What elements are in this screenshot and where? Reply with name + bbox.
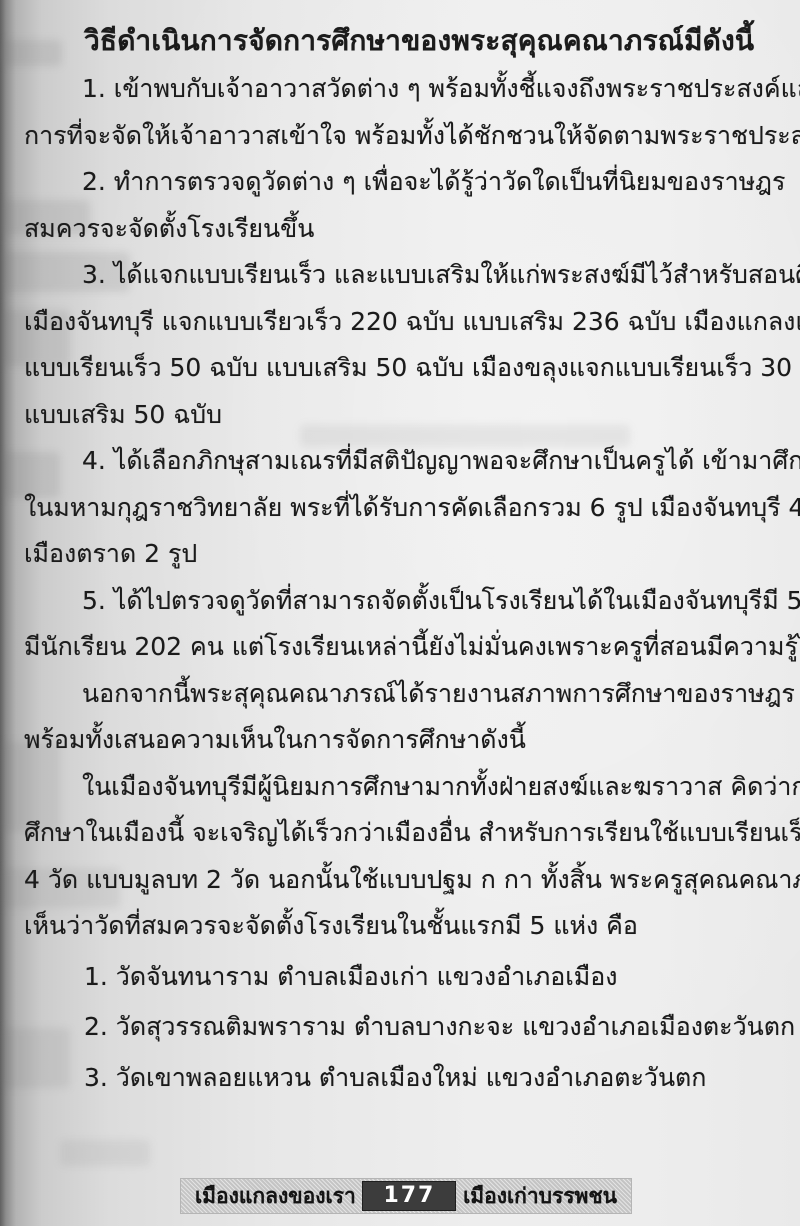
list-item: 2. วัดสุวรรณติมพราราม ตำบลบางกะจะ แขวงอำ… bbox=[24, 1004, 782, 1051]
text-line: พร้อมทั้งเสนอความเห็นในการจัดการศึกษาดัง… bbox=[24, 717, 782, 764]
text-line: 4 วัด แบบมูลบท 2 วัด นอกนั้นใช้แบบปฐม ก … bbox=[24, 857, 782, 904]
ink-bleed-artifact bbox=[60, 1140, 150, 1166]
text-line: สมควรจะจัดตั้งโรงเรียนขึ้น bbox=[24, 206, 782, 253]
text-line: เมืองตราด 2 รูป bbox=[24, 531, 782, 578]
page-body-text: วิธีดำเนินการจัดการศึกษาของพระสุคุณคณาภร… bbox=[24, 16, 782, 1101]
text-line: แบบเรียนเร็ว 50 ฉบับ แบบเสริม 50 ฉบับ เม… bbox=[24, 345, 782, 392]
text-line: ในมหามกุฎราชวิทยาลัย พระที่ได้รับการคัดเ… bbox=[24, 485, 782, 532]
text-line: 1. เข้าพบกับเจ้าอาวาสวัดต่าง ๆ พร้อมทั้ง… bbox=[24, 66, 782, 113]
text-line: 4. ได้เลือกภิกษุสามเณรที่มีสติปัญญาพอจะศ… bbox=[24, 438, 782, 485]
section-heading: วิธีดำเนินการจัดการศึกษาของพระสุคุณคณาภร… bbox=[24, 16, 782, 66]
text-line: 5. ได้ไปตรวจดูวัดที่สามารถจัดตั้งเป็นโรง… bbox=[24, 578, 782, 625]
text-line: 3. ได้แจกแบบเรียนเร็ว และแบบเสริมให้แก่พ… bbox=[24, 252, 782, 299]
page-footer: เมืองแกลงของเรา 177 เมืองเก่าบรรพชน bbox=[180, 1178, 632, 1214]
list-item: 3. วัดเขาพลอยแหวน ตำบลเมืองใหม่ แขวงอำเภ… bbox=[24, 1055, 782, 1102]
text-line: 2. ทำการตรวจดูวัดต่าง ๆ เพื่อจะได้รู้ว่า… bbox=[24, 159, 782, 206]
footer-right-title: เมืองเก่าบรรพชน bbox=[463, 1180, 617, 1213]
page-number: 177 bbox=[362, 1181, 456, 1211]
scanned-book-page: วิธีดำเนินการจัดการศึกษาของพระสุคุณคณาภร… bbox=[0, 0, 800, 1226]
text-line: มีนักเรียน 202 คน แต่โรงเรียนเหล่านี้ยัง… bbox=[24, 624, 782, 671]
text-line: แบบเสริม 50 ฉบับ bbox=[24, 392, 782, 439]
text-line: นอกจากนี้พระสุคุณคณาภรณ์ได้รายงานสภาพการ… bbox=[24, 671, 782, 718]
text-line: การที่จะจัดให้เจ้าอาวาสเข้าใจ พร้อมทั้งไ… bbox=[24, 113, 782, 160]
text-line: เมืองจันทบุรี แจกแบบเรียวเร็ว 220 ฉบับ แ… bbox=[24, 299, 782, 346]
text-line: ศึกษาในเมืองนี้ จะเจริญได้เร็วกว่าเมืองอ… bbox=[24, 810, 782, 857]
footer-left-title: เมืองแกลงของเรา bbox=[195, 1180, 356, 1213]
text-line: ในเมืองจันทบุรีมีผู้นิยมการศึกษามากทั้งฝ… bbox=[24, 764, 782, 811]
list-item: 1. วัดจันทนาราม ตำบลเมืองเก่า แขวงอำเภอเ… bbox=[24, 954, 782, 1001]
text-line: เห็นว่าวัดที่สมควรจะจัดตั้งโรงเรียนในชั้… bbox=[24, 903, 782, 950]
